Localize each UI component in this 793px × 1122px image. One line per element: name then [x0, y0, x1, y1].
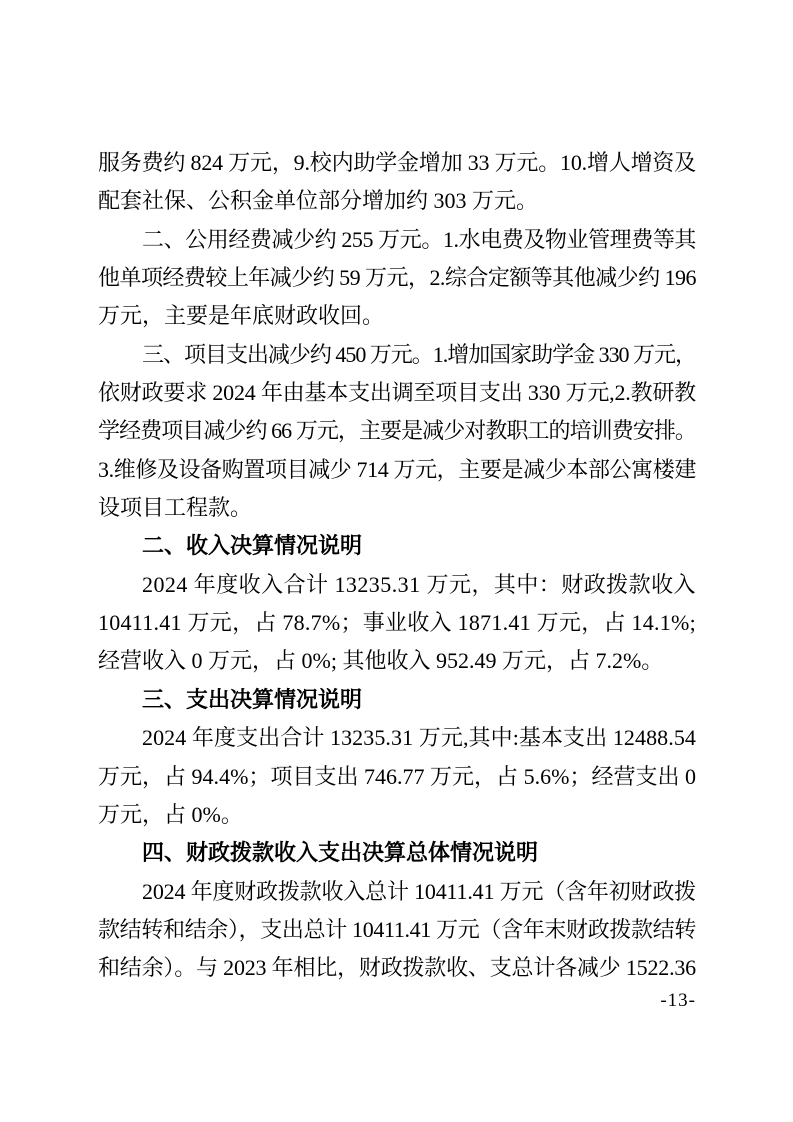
line-text: 万元，主要是年底财政收回。 [98, 303, 384, 328]
line-text: 款结转和结余），支出总计 10411.41 万元（含年末财政拨款结转 [98, 917, 696, 942]
line-text: 服务费约 824 万元，9.校内助学金增加 33 万元。10.增人增资及 [98, 150, 696, 175]
body-text-line: 依财政要求 2024 年由基本支出调至项目支出 330 万元,2.教研教 [98, 374, 696, 412]
line-text: 2024 年度支出合计 13235.31 万元,其中:基本支出 12488.54 [142, 725, 696, 750]
line-text: 四、财政拨款收入支出决算总体情况说明 [142, 840, 538, 865]
body-text-line: 三、项目支出减少约 450 万元。1.增加国家助学金 330 万元， [98, 336, 696, 374]
line-text: 依财政要求 2024 年由基本支出调至项目支出 330 万元,2.教研教 [98, 380, 696, 405]
line-text: 设项目工程款。 [98, 495, 252, 520]
document-page: 服务费约 824 万元，9.校内助学金增加 33 万元。10.增人增资及配套社保… [0, 0, 793, 1122]
line-text: 2024 年度收入合计 13235.31 万元，其中：财政拨款收入 [142, 572, 696, 597]
line-text: 和结余）。与 2023 年相比，财政拨款收、支总计各减少 1522.36 [98, 955, 696, 980]
line-text: 他单项经费较上年减少约 59 万元，2.综合定额等其他减少约 196 [98, 265, 696, 290]
body-text-line: 2024 年度财政拨款收入总计 10411.41 万元（含年初财政拨 [98, 873, 696, 911]
line-text: 三、支出决算情况说明 [142, 687, 362, 712]
body-text-line: 2024 年度支出合计 13235.31 万元,其中:基本支出 12488.54 [98, 719, 696, 757]
section-heading: 四、财政拨款收入支出决算总体情况说明 [98, 834, 696, 872]
body-text-line: 学经费项目减少约 66 万元，主要是减少对教职工的培训费安排。 [98, 412, 696, 450]
body-text-line: 二、公用经费减少约 255 万元。1.水电费及物业管理费等其 [98, 221, 696, 259]
line-text: 经营收入 0 万元，占 0%; 其他收入 952.49 万元，占 7.2%。 [98, 648, 663, 673]
body-text-line: 2024 年度收入合计 13235.31 万元，其中：财政拨款收入 [98, 566, 696, 604]
body-text-line: 他单项经费较上年减少约 59 万元，2.综合定额等其他减少约 196 [98, 259, 696, 297]
line-text: 2024 年度财政拨款收入总计 10411.41 万元（含年初财政拨 [142, 879, 696, 904]
body-text-line: 设项目工程款。 [98, 489, 696, 527]
body-text-line: 万元，主要是年底财政收回。 [98, 297, 696, 335]
line-text: 二、收入决算情况说明 [142, 533, 362, 558]
section-heading: 二、收入决算情况说明 [98, 527, 696, 565]
line-text: 三、项目支出减少约 450 万元。1.增加国家助学金 330 万元， [142, 342, 696, 367]
section-heading: 三、支出决算情况说明 [98, 681, 696, 719]
line-text: 10411.41 万元，占 78.7%；事业收入 1871.41 万元，占 14… [98, 610, 696, 635]
body-text-line: 10411.41 万元，占 78.7%；事业收入 1871.41 万元，占 14… [98, 604, 696, 642]
line-text: 二、公用经费减少约 255 万元。1.水电费及物业管理费等其 [142, 227, 696, 252]
line-text: 万元，占 0%。 [98, 802, 243, 827]
body-text-line: 3.维修及设备购置项目减少 714 万元，主要是减少本部公寓楼建 [98, 451, 696, 489]
document-body: 服务费约 824 万元，9.校内助学金增加 33 万元。10.增人增资及配套社保… [98, 144, 696, 988]
body-text-line: 和结余）。与 2023 年相比，财政拨款收、支总计各减少 1522.36 [98, 949, 696, 987]
body-text-line: 经营收入 0 万元，占 0%; 其他收入 952.49 万元，占 7.2%。 [98, 642, 696, 680]
page-number: -13- [98, 990, 696, 1012]
line-text: 学经费项目减少约 66 万元，主要是减少对教职工的培训费安排。 [98, 418, 696, 443]
body-text-line: 万元，占 0%。 [98, 796, 696, 834]
body-text-line: 款结转和结余），支出总计 10411.41 万元（含年末财政拨款结转 [98, 911, 696, 949]
body-text-line: 万元，占 94.4%；项目支出 746.77 万元，占 5.6%；经营支出 0 [98, 758, 696, 796]
line-text: 配套社保、公积金单位部分增加约 303 万元。 [98, 188, 538, 213]
line-text: 3.维修及设备购置项目减少 714 万元，主要是减少本部公寓楼建 [98, 457, 696, 482]
body-text-line: 配套社保、公积金单位部分增加约 303 万元。 [98, 182, 696, 220]
body-text-line: 服务费约 824 万元，9.校内助学金增加 33 万元。10.增人增资及 [98, 144, 696, 182]
line-text: 万元，占 94.4%；项目支出 746.77 万元，占 5.6%；经营支出 0 [98, 764, 696, 789]
